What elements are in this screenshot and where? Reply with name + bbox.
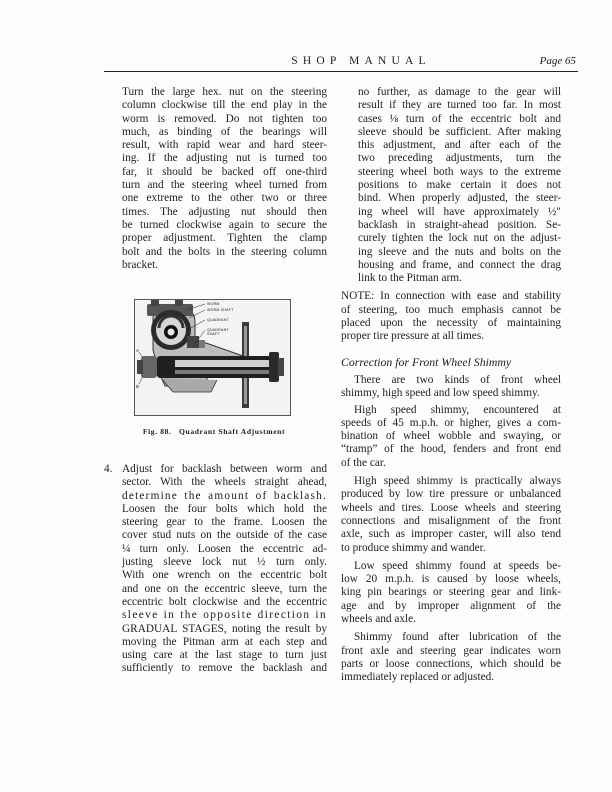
text-line: using care at the last stage to turn jus… <box>122 649 327 662</box>
text-line: steering wheel both ways to the extreme <box>358 166 561 179</box>
text-line: column clockwise till the end play in th… <box>122 99 327 112</box>
text-line: bination of wheel wobble and swaying, or <box>341 430 561 443</box>
text-line: be turned clockwise again to secure the <box>122 219 327 232</box>
text-line: sleeve should be sufficient. After makin… <box>358 126 561 139</box>
text-line: “tramp” of the hood, fenders and front e… <box>341 443 561 456</box>
paragraph-continuation: no further, as damage to the gear will r… <box>341 86 561 285</box>
figure-quadrant-shaft: WORM WORM SHAFT QUADRANT QUADRANT SHAFT … <box>134 299 291 416</box>
callout-quadrant-shaft-2: SHAFT <box>207 332 220 336</box>
text-line: parts or loose connections, which should… <box>341 658 561 671</box>
text-line: cover stud nuts on the outside of the ca… <box>122 529 327 542</box>
paragraph-low-speed-shimmy: Low speed shimmy found at speeds be- low… <box>341 560 561 626</box>
text-line: Shimmy found after lubrication of the <box>341 631 561 644</box>
paragraph-hex-nut: Turn the large hex. nut on the steering … <box>122 86 327 272</box>
running-title: SHOP MANUAL <box>104 55 578 67</box>
section-heading-shimmy: Correction for Front Wheel Shimmy <box>341 356 561 369</box>
text-line: wheels and tires. Loose wheels and steer… <box>341 502 561 515</box>
text-line: immediately replaced or adjusted. <box>341 671 561 684</box>
text-line: bind. When properly adjusted, the steer- <box>358 192 561 205</box>
text-line: much, as binding of the bearings will <box>122 126 327 139</box>
figure-number: Fig. 88. <box>143 427 172 436</box>
text-line: There are two kinds of front wheel <box>341 374 561 387</box>
text-line: steering gear to the frame. Loosen the <box>122 516 327 529</box>
text-line: proper tire pressure at all times. <box>341 330 561 343</box>
text-line: front axle and steering gear indicates w… <box>341 645 561 658</box>
text-line: far, it should be backed off one-third <box>122 166 327 179</box>
text-line: bracket. <box>122 259 327 272</box>
text-line: axle, such as improper caster, will also… <box>341 528 561 541</box>
text-line: sufficiently to remove the backlash and <box>122 662 327 675</box>
point-label-b: B <box>136 384 139 389</box>
text-line: times. The adjusting nut should then <box>122 206 327 219</box>
callout-quadrant: QUADRANT <box>207 318 229 322</box>
text-line: and one on the eccentric sleeve, turn th… <box>122 583 327 596</box>
text-line: High speed shimmy is practically always <box>341 475 561 488</box>
text-line: With one wrench on the eccentric bolt <box>122 569 327 582</box>
step-number: 4. <box>104 463 112 476</box>
left-column: Turn the large hex. nut on the steering … <box>122 86 327 272</box>
text-line: placed upon the necessity of maintaining <box>341 317 561 330</box>
text-line: ing sleeve and the nuts and bolts on the <box>358 246 561 259</box>
text-line: Adjust for backlash between worm and <box>122 463 327 476</box>
text-line: one extreme to the other two or three <box>122 192 327 205</box>
text-line: result, with rapid wear and hard steer- <box>122 139 327 152</box>
text-line: age and by improper alignment of the <box>341 600 561 613</box>
text-line: housing and frame, and connect the drag <box>358 259 561 272</box>
text-line: produced by low tire pressure or unbalan… <box>341 488 561 501</box>
text-line: Loosen the four bolts which hold the <box>122 503 327 516</box>
page-number: Page 65 <box>540 55 576 67</box>
text-line: bolt and the bolts in the steering colum… <box>122 246 327 259</box>
text-line: low 20 m.p.h. is caused by loose wheels, <box>341 573 561 586</box>
text-line: positions to make certain it does not <box>358 179 561 192</box>
text-line: moving the Pitman arm at each step and <box>122 636 327 649</box>
figure-title: Quadrant Shaft Adjustment <box>179 427 285 436</box>
text-line: Turn the large hex. nut on the steering <box>122 86 327 99</box>
text-line: wheels and axle. <box>341 613 561 626</box>
text-line: two preceding adjustments, turn the <box>358 152 561 165</box>
text-line: speeds of 45 m.p.h. or higher, gives a c… <box>341 417 561 430</box>
text-line: sector. With the wheels straight ahead, <box>122 476 327 489</box>
text-line: result if they are turned too far. In mo… <box>358 99 561 112</box>
text-line: turn and the steering wheel turned from <box>122 179 327 192</box>
text-line: curely tighten the lock nut on the adjus… <box>358 232 561 245</box>
text-line: ing wheel will have approximately ½″ <box>358 206 561 219</box>
text-line: GRADUAL STAGES, noting the result by <box>122 623 327 636</box>
figure-caption: Fig. 88. Quadrant Shaft Adjustment <box>104 427 324 436</box>
page-header: SHOP MANUAL Page 65 <box>104 55 578 72</box>
text-line: link to the Pitman arm. <box>358 272 561 285</box>
text-line: connections and misalignment of the fron… <box>341 515 561 528</box>
callout-worm: WORM <box>207 302 220 306</box>
text-line: this adjustment, and after each of the <box>358 139 561 152</box>
text-line: proper adjustment. Tighten the clamp <box>122 232 327 245</box>
text-line: ing. If the adjusting nut is turned too <box>122 152 327 165</box>
text-line: to produce shimmy and wander. <box>341 542 561 555</box>
text-line: of steering, too much emphasis cannot be <box>341 304 561 317</box>
text-line: determine the amount of backlash. <box>122 490 327 503</box>
text-line: High speed shimmy, encountered at <box>341 404 561 417</box>
text-line: worm is removed. Do not tighten too <box>122 113 327 126</box>
text-line: Low speed shimmy found at speeds be- <box>341 560 561 573</box>
paragraph-lubrication-shimmy: Shimmy found after lubrication of the fr… <box>341 631 561 684</box>
note-label: NOTE: <box>341 290 374 302</box>
text-line: justing sleeve lock nut ½ turn only. <box>122 556 327 569</box>
paragraph-high-speed-shimmy: High speed shimmy, encountered at speeds… <box>341 404 561 470</box>
step-4: 4. Adjust for backlash between worm and … <box>104 463 327 676</box>
point-label-a: A <box>136 348 139 353</box>
text-line: cases ⅛ turn of the eccentric bolt and <box>358 113 561 126</box>
note-paragraph: NOTE: In connection with ease and stabil… <box>341 290 561 343</box>
right-column: no further, as damage to the gear will r… <box>341 86 561 684</box>
text-line: ¼ turn only. Loosen the eccentric ad- <box>122 543 327 556</box>
text-line: no further, as damage to the gear will <box>358 86 561 99</box>
text-line: In connection with ease and stability <box>374 290 561 302</box>
paragraph-shimmy-kinds: There are two kinds of front wheel shimm… <box>341 374 561 401</box>
paragraph-high-speed-causes: High speed shimmy is practically always … <box>341 475 561 555</box>
callout-worm-shaft: WORM SHAFT <box>207 308 234 312</box>
text-line: sleeve in the opposite direction in <box>122 609 327 622</box>
text-line: eccentric bolt clockwise and the eccentr… <box>122 596 327 609</box>
text-line: backlash in straight-ahead position. Se- <box>358 219 561 232</box>
text-line: king pin bearings or steering gear and l… <box>341 586 561 599</box>
text-line: shimmy, high speed and low speed shimmy. <box>341 387 561 400</box>
text-line: of the car. <box>341 457 561 470</box>
